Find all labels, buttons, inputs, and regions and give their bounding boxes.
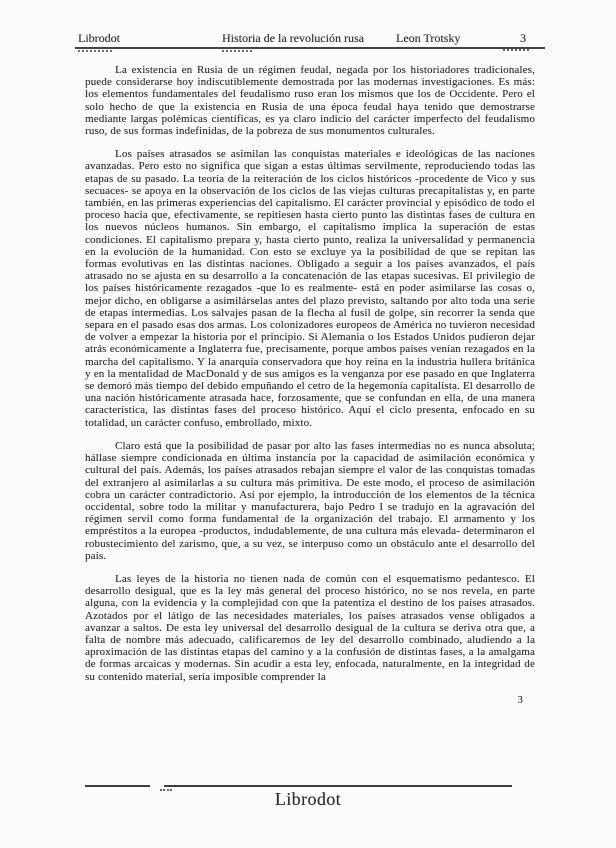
- page-header: Librodot Historia de la revolución rusa …: [75, 30, 545, 49]
- footer-publisher: Librodot: [0, 789, 616, 810]
- footer-page-number: 3: [85, 694, 535, 706]
- paragraph-1: La existencia en Rusia de un régimen feu…: [85, 64, 535, 137]
- paragraph-4: Las leyes de la historia no tienen nada …: [85, 573, 535, 683]
- scan-artifact-dots: [503, 49, 529, 51]
- header-publisher: Librodot: [78, 31, 120, 45]
- scan-artifact-dots: [222, 50, 252, 52]
- footer-rule-gap: [150, 784, 164, 788]
- header-title: Historia de la revolución rusa: [222, 31, 364, 45]
- paragraph-3: Claro está que la posibilidad de pasar p…: [85, 440, 535, 562]
- header-author: Leon Trotsky: [396, 31, 460, 45]
- page-body: La existencia en Rusia de un régimen feu…: [85, 64, 535, 706]
- paragraph-2: Los países atrasados se asimilan las con…: [85, 148, 535, 429]
- scan-artifact-dots: [78, 50, 112, 52]
- document-page: Librodot Historia de la revolución rusa …: [0, 0, 616, 848]
- header-page-number: 3: [520, 31, 526, 45]
